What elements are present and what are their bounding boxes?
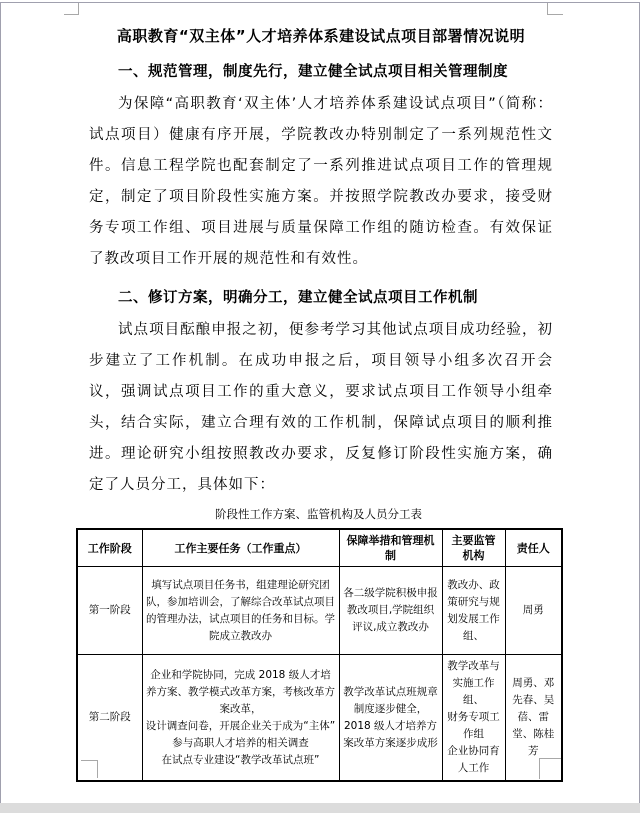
table-row: 第二阶段 企业和学院协同，完成 2018 级人才培养方案、教学模式改革方案，考核…: [77, 655, 562, 782]
col-header-tasks: 工作主要任务（工作重点）: [142, 529, 339, 567]
cell-responsible-1: 周勇: [505, 567, 562, 655]
document-page: 高职教育“双主体”人才培养体系建设试点项目部署情况说明 一、规范管理，制度先行，…: [0, 2, 640, 803]
cell-tasks-2: 企业和学院协同，完成 2018 级人才培养方案、教学模式改革方案，考核改革方案改…: [142, 655, 339, 782]
col-header-supervisors: 主要监管机构: [442, 529, 505, 567]
section-2-heading: 二、修订方案，明确分工，建立健全试点项目工作机制: [89, 287, 553, 309]
table-header-row: 工作阶段 工作主要任务（工作重点） 保障举措和管理机制 主要监管机构 责任人: [77, 529, 562, 567]
cell-measures-2: 教学改革试点班规章制度逐步健全，2018 级人才培养方案改革方案逐步成形: [339, 655, 442, 782]
table-row: 第一阶段 填写试点项目任务书，组建理论研究团队，参加培训会，了解综合改革试点项目…: [77, 567, 562, 655]
document-content: 高职教育“双主体”人才培养体系建设试点项目部署情况说明 一、规范管理，制度先行，…: [89, 17, 553, 782]
col-header-stage: 工作阶段: [77, 529, 142, 567]
cell-stage-2: 第二阶段: [77, 655, 142, 782]
cell-measures-1: 各二级学院积极申报教改项目,学院组织评议,成立教改办: [339, 567, 442, 655]
cell-responsible-2: 周勇、邓先春、吴蓓、雷堂、陈桂芳: [505, 655, 562, 782]
page-bottom-edge: [0, 803, 640, 813]
section-1-heading: 一、规范管理，制度先行，建立健全试点项目相关管理制度: [89, 61, 553, 83]
section-1-paragraph: 为保障“高职教育‘双主体’人才培养体系建设试点项目”（简称：试点项目）健康有序开…: [89, 89, 553, 275]
cell-supervisors-1: 教改办、政策研究与规划发展工作组、: [442, 567, 505, 655]
crop-mark-top-right-icon: [547, 3, 563, 15]
cell-supervisors-2: 教学改革与实施工作组、 财务专项工作组 企业协同育人工作: [442, 655, 505, 782]
table-caption: 阶段性工作方案、监管机构及人员分工表: [76, 507, 561, 522]
crop-mark-top-left-icon: [64, 3, 79, 15]
section-2-paragraph: 试点项目酝酿申报之初，便参考学习其他试点项目成功经验，初步建立了工作机制。在成功…: [89, 315, 553, 501]
cell-tasks-1: 填写试点项目任务书，组建理论研究团队，参加培训会，了解综合改革试点项目的管理办法…: [142, 567, 339, 655]
cell-stage-1: 第一阶段: [77, 567, 142, 655]
col-header-responsible: 责任人: [505, 529, 562, 567]
col-header-measures: 保障举措和管理机制: [339, 529, 442, 567]
document-title: 高职教育“双主体”人才培养体系建设试点项目部署情况说明: [89, 25, 553, 47]
work-plan-table: 工作阶段 工作主要任务（工作重点） 保障举措和管理机制 主要监管机构 责任人 第…: [76, 528, 563, 782]
